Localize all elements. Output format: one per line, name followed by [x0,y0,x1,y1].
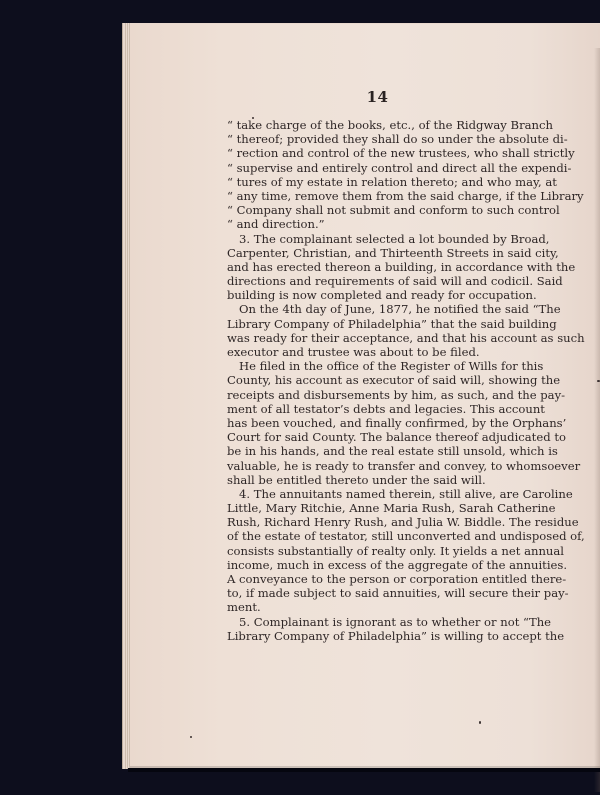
text-line: Library Company of Philadelphia” that th… [227,317,529,331]
page-bottom-shadow [128,768,600,772]
text-line: Library Company of Philadelphia” is will… [227,629,529,643]
text-line: 3. The complainant selected a lot bounde… [227,232,529,246]
text-line: directions and requirements of said will… [227,274,529,288]
text-line: County, his account as executor of said … [227,373,529,387]
text-line: has been vouched, and finally confirmed,… [227,416,529,430]
text-line: consists substantially of realty only. I… [227,544,529,558]
text-line: of the estate of testator, still unconve… [227,529,529,543]
paper-speck [190,736,192,738]
text-line: valuable, he is ready to transfer and co… [227,459,529,473]
body-text: “ take charge of the books, etc., of the… [227,118,529,643]
page-edge-line [127,23,128,769]
text-line: A conveyance to the person or corporatio… [227,572,529,586]
text-line: executor and trustee was about to be fil… [227,345,529,359]
text-line: “ any time, remove them from the said ch… [227,189,529,203]
text-line: “ rection and control of the new trustee… [227,146,529,160]
text-line: “ and direction.” [227,217,529,231]
scanned-page-view: 14 “ take charge of the books, etc., of … [0,0,600,795]
paper-speck [479,721,481,724]
text-line: Rush, Richard Henry Rush, and Julia W. B… [227,515,529,529]
text-line: “ tures of my estate in relation thereto… [227,175,529,189]
text-line: Little, Mary Ritchie, Anne Maria Rush, S… [227,501,529,515]
page-edge-line [125,23,126,769]
text-line: “ thereof; provided they shall do so und… [227,132,529,146]
text-line: 4. The annuitants named therein, still a… [227,487,529,501]
text-line: On the 4th day of June, 1877, he notifie… [227,302,529,316]
text-line: receipts and disbursements by him, as su… [227,388,529,402]
text-line: shall be entitled thereto under the said… [227,473,529,487]
text-line: Carpenter, Christian, and Thirteenth Str… [227,246,529,260]
text-line: ment of all testator’s debts and legacie… [227,402,529,416]
text-line: Court for said County. The balance there… [227,430,529,444]
text-line: income, much in excess of the aggregate … [227,558,529,572]
text-line: building is now completed and ready for … [227,288,529,302]
text-line: and has erected thereon a building, in a… [227,260,529,274]
text-line: was ready for their acceptance, and that… [227,331,529,345]
text-line: be in his hands, and the real estate sti… [227,444,529,458]
text-line: “ supervise and entirely control and dir… [227,161,529,175]
text-line: 5. Complainant is ignorant as to whether… [227,615,529,629]
text-line: ment. [227,600,529,614]
text-line: “ take charge of the books, etc., of the… [227,118,529,132]
page-number: 14 [0,88,600,106]
text-line: He filed in the office of the Register o… [227,359,529,373]
text-line: to, if made subject to said annuities, w… [227,586,529,600]
page-curl-shadow [594,48,600,792]
text-line: “ Company shall not submit and conform t… [227,203,529,217]
